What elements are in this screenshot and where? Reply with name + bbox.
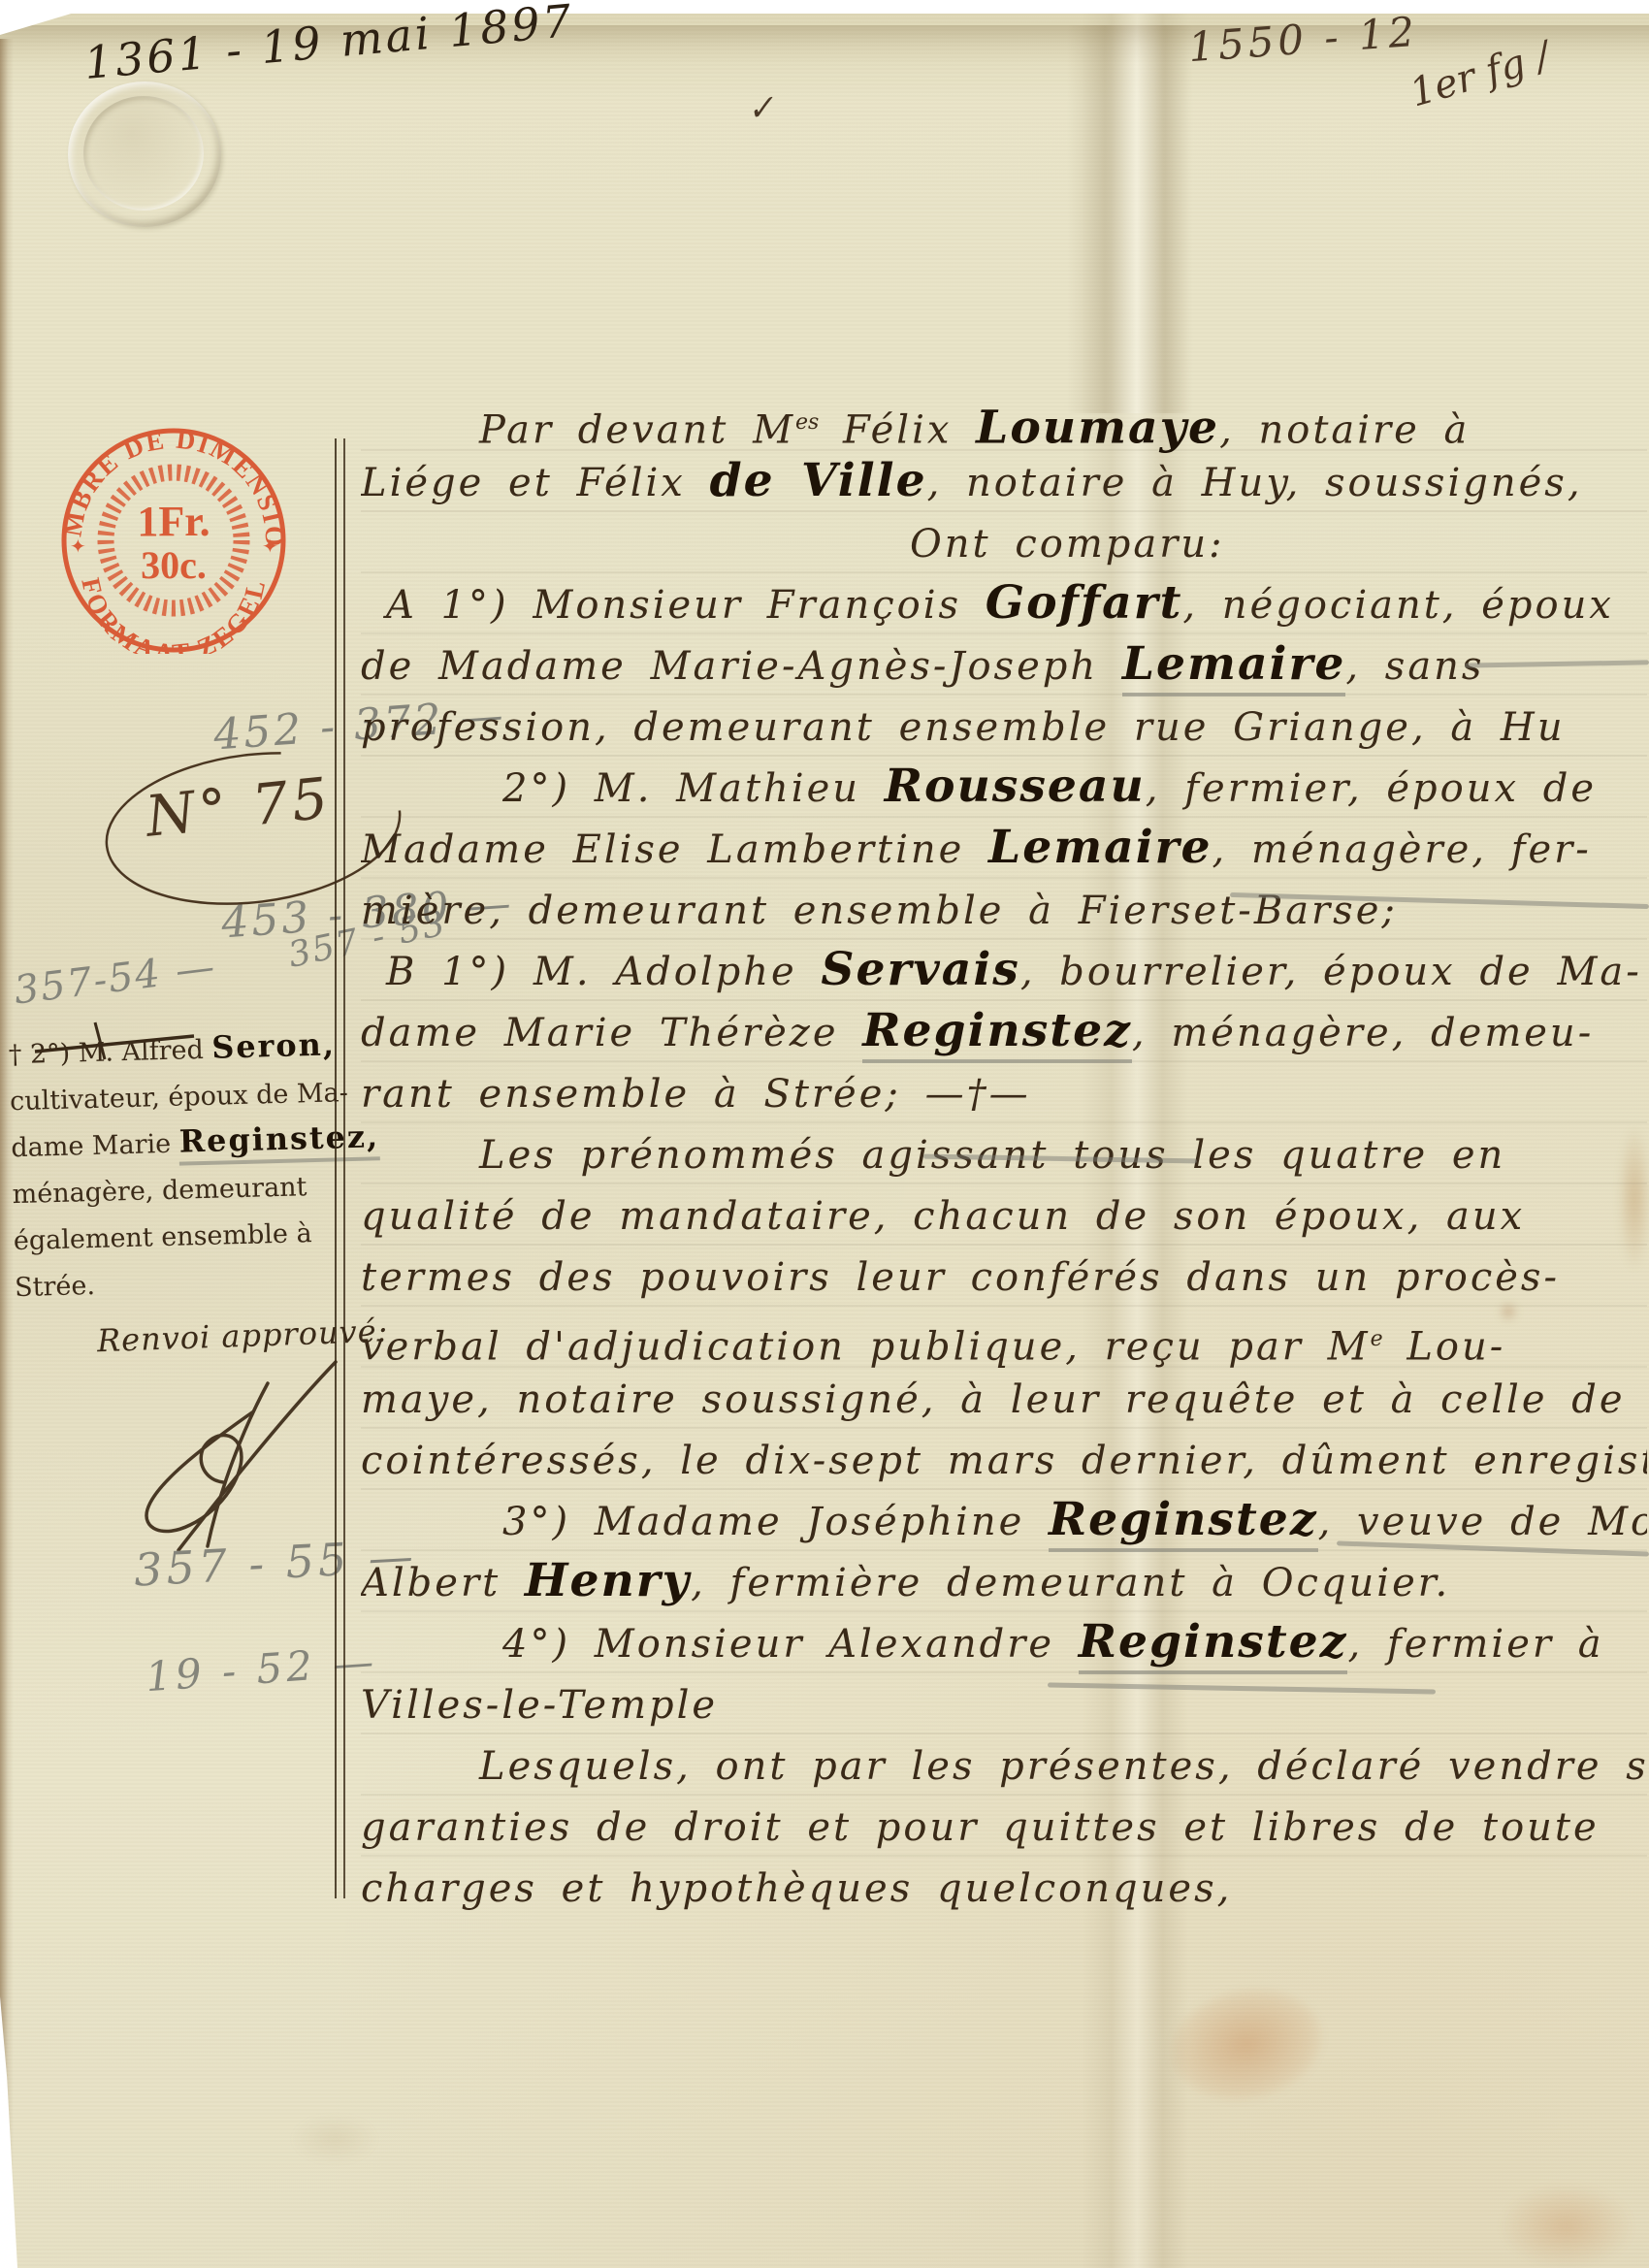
text-line: Madame Elise Lambertine Lemaire, ménagèr… [361,820,1647,881]
person-surname: Reginstez, [178,1118,379,1165]
text-segment: , fermier à [1347,1622,1603,1667]
revenue-stamp-graphic: TIMBRE DE DIMENSION FORMAAT ZEGEL ✦ ✦ 1F… [56,427,291,654]
person-surname: Lemaire [988,821,1212,874]
text-line: Par devant Mes Félix Loumaye, notaire à [361,392,1647,453]
text-line: Lesquels, ont par les présentes, déclaré… [361,1736,1647,1798]
text-segment: e [1371,1327,1383,1351]
text-segment: † 2°) M. Alfred [8,1035,211,1070]
text-segment: , fermière demeurant à Ocquier. [691,1561,1450,1605]
text-line: termes des pouvoirs leur conférés dans u… [361,1247,1647,1309]
text-line: Liége et Félix de Ville, notaire à Huy, … [361,453,1647,514]
text-segment: termes des pouvoirs leur conférés dans u… [361,1255,1560,1300]
text-line: profession, demeurant ensemble rue Grian… [361,697,1647,759]
text-segment: Madame Elise Lambertine [361,827,988,872]
text-segment: Villes-le-Temple [361,1683,718,1728]
text-segment: Félix [819,407,976,452]
margin-rule [335,438,345,1898]
text-segment: verbal d'adjudication publique, reçu par… [361,1324,1371,1369]
person-surname: Seron, [211,1025,337,1065]
text-line: charges et hypothèques quelconques, [361,1859,1647,1915]
embossed-seal [68,81,221,227]
text-segment: , ménagère, demeu- [1132,1011,1594,1055]
text-line: dame Marie Reginstez, [11,1118,322,1172]
text-segment: de Madame Marie-Agnès-Joseph [361,644,1122,689]
text-line: A 1°) Monsieur François Goffart, négocia… [361,575,1647,636]
text-segment: , veuve de Monsie [1318,1500,1647,1544]
text-segment: qualité de mandataire, chacun de son épo… [361,1194,1525,1239]
text-line: 2°) M. Mathieu Rousseau, fermier, époux … [361,759,1647,820]
text-segment: A 1°) Monsieur François [386,583,986,628]
text-segment: également ensemble à [14,1218,312,1256]
stain [1499,2183,1634,2268]
text-segment: Par devant M [479,407,795,452]
text-segment: dame Marie [11,1129,179,1164]
person-surname: de Ville [710,454,927,507]
text-segment: es [795,410,819,435]
text-segment: Liége et Félix [361,461,710,505]
text-segment: charges et hypothèques quelconques, [361,1866,1232,1911]
text-line: également ensemble à [13,1211,324,1265]
text-segment: , ménagère, fer- [1212,827,1592,872]
text-segment: , notaire à Huy, soussignés, [927,461,1583,505]
text-line: qualité de mandataire, chacun de son épo… [361,1186,1647,1247]
vertical-fold-crease-top [1067,25,1193,413]
text-segment: ménagère, demeurant [12,1172,307,1210]
text-line: † 2°) M. Alfred Seron, [8,1024,319,1079]
person-surname: Reginstez [1079,1615,1348,1674]
person-surname: Reginstez [862,1004,1132,1063]
person-surname: Servais [821,943,1019,996]
text-line: garanties de droit et pour quittes et li… [361,1798,1647,1859]
text-segment: 2°) M. Mathieu [502,766,885,811]
text-segment: , sans [1345,644,1484,689]
text-line: de Madame Marie-Agnès-Joseph Lemaire, sa… [361,636,1647,697]
person-surname: Reginstez [1049,1493,1318,1552]
text-segment: 3°) Madame Joséphine [502,1500,1049,1544]
signature-paraph [107,1356,359,1564]
text-segment: , notaire à [1219,407,1470,452]
text-segment: 4°) Monsieur Alexandre [502,1622,1079,1667]
text-line: Ont comparu: [361,514,1647,575]
person-surname: Loumaye [976,401,1219,454]
text-segment: cointéressés, le dix-sept mars dernier, … [361,1439,1647,1483]
text-line: cultivateur, époux de Ma- [10,1071,321,1125]
text-line: 3°) Madame Joséphine Reginstez, veuve de… [361,1492,1647,1553]
stamp-star-left: ✦ [70,535,86,558]
stain [291,2115,378,2163]
text-segment: , bourrelier, époux de Ma- [1020,950,1642,994]
text-segment: maye, notaire soussigné, à leur requête … [361,1377,1626,1422]
text-segment: cultivateur, époux de Ma- [10,1078,348,1117]
text-line: dame Marie Thérèze Reginstez, ménagère, … [361,1003,1647,1064]
text-line: mière, demeurant ensemble à Fierset-Bars… [361,881,1647,942]
text-segment: Ont comparu: [910,522,1225,567]
embossed-seal-ring [83,96,204,211]
text-line: cointéressés, le dix-sept mars dernier, … [361,1431,1647,1492]
text-line: Strée. [15,1257,326,1312]
text-segment: rant ensemble à Strée; —†— [361,1072,1031,1117]
text-line: Villes-le-Temple [361,1675,1647,1736]
text-line: ménagère, demeurant [12,1164,323,1218]
document-page: 1361 - 19 mai 1897 1550 - 12 1er fg / ✓ … [0,0,1649,2268]
text-segment: garanties de droit et pour quittes et li… [361,1805,1600,1850]
text-segment: profession, demeurant ensemble rue Grian… [361,705,1566,750]
text-segment: Albert [361,1561,525,1605]
text-line: 4°) Monsieur Alexandre Reginstez, fermie… [361,1614,1647,1675]
person-surname: Lemaire [1122,637,1346,697]
text-segment: Lesquels, ont par les présentes, déclaré… [479,1744,1647,1789]
text-line: rant ensemble à Strée; —†— [361,1064,1647,1125]
act-text: Par devant Mes Félix Loumaye, notaire àL… [361,392,1647,1915]
person-surname: Henry [525,1554,691,1607]
text-line: Albert Henry, fermière demeurant à Ocqui… [361,1553,1647,1614]
person-surname: Rousseau [885,760,1146,813]
text-line: B 1°) M. Adolphe Servais, bourrelier, ép… [361,942,1647,1003]
text-segment: dame Marie Thérèze [361,1011,862,1055]
text-segment: Lou- [1383,1324,1506,1369]
text-line: maye, notaire soussigné, à leur requête … [361,1370,1647,1431]
check-mark: ✓ [744,87,777,130]
text-segment: Strée. [15,1271,96,1303]
margin-note: † 2°) M. Alfred Seron,cultivateur, époux… [8,1024,325,1312]
text-segment: B 1°) M. Adolphe [386,950,821,994]
stamp-value-francs: 1Fr. [137,498,210,545]
person-surname: Goffart [986,576,1183,630]
text-line: verbal d'adjudication publique, reçu par… [361,1309,1647,1370]
stamp-star-right: ✦ [262,535,278,558]
text-segment: , fermier, époux de [1146,766,1597,811]
revenue-stamp: TIMBRE DE DIMENSION FORMAAT ZEGEL ✦ ✦ 1F… [56,427,291,654]
text-segment: , négociant, époux [1182,583,1614,628]
stamp-value-centimes: 30c. [141,543,207,587]
